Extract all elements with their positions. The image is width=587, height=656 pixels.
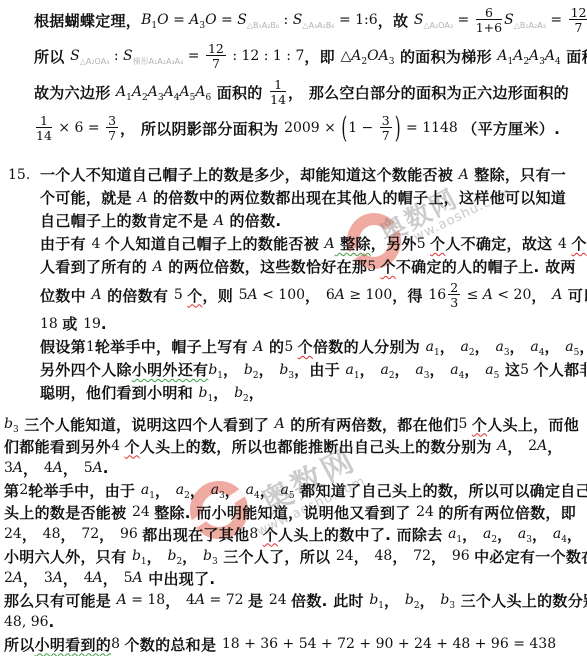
text-line: 另外四个人除小明外还有b1， b2， b3，由于 a1， a2， a3， a4，… bbox=[40, 358, 587, 381]
text-run: ， bbox=[225, 480, 246, 501]
math-text: 4 bbox=[558, 236, 571, 252]
math-var: O bbox=[367, 48, 378, 64]
math-var: A bbox=[53, 570, 63, 586]
math-var: A bbox=[483, 287, 493, 303]
text-run: ， bbox=[497, 524, 518, 545]
text-line: 所以 S△A₂OA₃ : S梯形A₁A₂A₃A₄ = 127 : 12 : 1 … bbox=[34, 38, 587, 74]
text-run: 个人都非常 bbox=[534, 359, 587, 380]
math-text: : bbox=[279, 12, 293, 28]
text-run: 由于有 bbox=[40, 233, 91, 254]
text-line: 们都能看到另外4 个人头上的数，所以也都能推断出自己头上的数分别为 A， 2A， bbox=[4, 435, 587, 457]
math-var: S△A₃A₂B₆ bbox=[293, 12, 335, 28]
text-run: 可以为 bbox=[562, 285, 587, 306]
text-run: 倍数的人分别为 bbox=[313, 336, 426, 357]
math-text: 18 + 36 + 54 + 72 + 90 + 24 + 48 + 96 = … bbox=[222, 636, 556, 652]
math-text: = bbox=[217, 12, 238, 28]
text-run: 人不确定，故这 bbox=[445, 233, 558, 254]
math-paren: ( bbox=[341, 111, 347, 145]
math-var: A6 bbox=[195, 84, 211, 100]
math-fraction: 61+6 bbox=[476, 6, 502, 34]
text-run: 个 bbox=[571, 233, 586, 254]
math-var: A bbox=[248, 287, 258, 303]
text-run: 三个人头上的数分别为 bbox=[455, 590, 587, 611]
text-run: 不确定的人的帽子上. 故两 bbox=[396, 256, 576, 277]
text-run: 的倍数. bbox=[224, 210, 281, 231]
math-var: A bbox=[552, 287, 562, 303]
text-line: 位数中 A 的倍数有 5 个，则 5A < 100， 6A ≥ 100，得 16… bbox=[40, 278, 587, 312]
math-var: A bbox=[93, 460, 103, 476]
text-run: ， bbox=[392, 546, 413, 567]
math-fraction: 127 bbox=[206, 42, 226, 70]
math-var: A4 bbox=[545, 48, 561, 64]
text-run: ， bbox=[532, 524, 553, 545]
math-var: a3 bbox=[495, 339, 509, 355]
math-text: 2009 × bbox=[284, 120, 340, 136]
text-run: 个 bbox=[381, 256, 396, 277]
math-fraction: 114 bbox=[36, 114, 52, 142]
text-run: ， 所以阴影部分面积为 bbox=[120, 118, 284, 139]
text-run: ， bbox=[567, 524, 587, 545]
math-var: A1 bbox=[497, 48, 513, 64]
math-text: 72 bbox=[81, 526, 99, 542]
math-var: b3 bbox=[203, 548, 218, 564]
math-var: b3 bbox=[4, 416, 19, 432]
math-var: A bbox=[153, 259, 163, 275]
text-run: . bbox=[103, 459, 109, 477]
math-var: a2 bbox=[461, 339, 475, 355]
text-line: 3A， 4A， 5A. bbox=[4, 457, 587, 479]
text-run: 根据蝴蝶定理， bbox=[34, 10, 141, 31]
text-run: ，得 bbox=[392, 285, 428, 306]
text-run: ，故 bbox=[378, 10, 414, 31]
text-run: 三个人能知道，说明这四个人看到了 bbox=[19, 414, 275, 435]
math-text: 1 − bbox=[348, 120, 378, 136]
text-run: 都知道了自己头上的数，所以可以确定自己 bbox=[295, 480, 587, 501]
text-run: 人头上的数，所以也都能推断出自己头上的数分别为 bbox=[140, 436, 497, 457]
text-line: 所以小明看到的8 个数的总和是 18 + 36 + 54 + 72 + 90 +… bbox=[4, 633, 587, 655]
math-var: a2 bbox=[380, 362, 394, 378]
math-text: 16 bbox=[428, 287, 446, 303]
math-text: 24 bbox=[4, 526, 22, 542]
text-run: 都出现在了其他 bbox=[142, 524, 249, 545]
math-text: < 100 bbox=[258, 287, 305, 303]
math-var: a2 bbox=[176, 482, 190, 498]
text-run: ， bbox=[395, 359, 416, 380]
text-run: 的倍数中的两位数都出现在其他人的帽子上，这样他可以知道 bbox=[147, 187, 566, 208]
math-var: a5 bbox=[281, 482, 295, 498]
text-run: 个人知道自己帽子上的数能否被 bbox=[105, 233, 325, 254]
math-var: a5 bbox=[565, 339, 579, 355]
problem-15-body: 一个人不知道自己帽子上的数是多少，却能知道这个数能否被 A 整除，只有一个可能，… bbox=[40, 163, 587, 404]
math-text: 72 bbox=[413, 548, 431, 564]
math-text: 96 bbox=[120, 526, 142, 542]
text-line: b3 三个人能知道，说明这四个人看到了 A 的所有两倍数，都在他们5 个人头上，… bbox=[4, 413, 587, 435]
text-run: （平方厘米）. bbox=[462, 118, 560, 139]
math-text: 4 bbox=[186, 592, 195, 608]
text-run: 面积的 bbox=[211, 82, 268, 103]
math-text: 48 bbox=[375, 548, 393, 564]
text-run: ， bbox=[249, 382, 264, 403]
text-run: 位数中 bbox=[40, 285, 91, 306]
text-run: 人头上的数中了. 而除去 bbox=[278, 524, 448, 545]
text-line: 48, 96. bbox=[4, 611, 587, 633]
text-run: ， bbox=[544, 336, 565, 357]
text-line: 2A， 3A， 4A， 5A 中出现了. bbox=[4, 567, 587, 589]
math-fraction: 37 bbox=[380, 114, 392, 142]
math-text: 4 bbox=[84, 570, 93, 586]
math-var: a1 bbox=[426, 339, 440, 355]
text-run: 所以 bbox=[4, 634, 35, 655]
math-var: S△A₂OA₃ bbox=[70, 48, 109, 64]
math-var: A bbox=[325, 236, 335, 252]
math-text: 24 bbox=[416, 504, 438, 520]
math-text: 3 bbox=[44, 570, 53, 586]
math-text: 24 bbox=[269, 592, 291, 608]
math-var: a5 bbox=[485, 362, 499, 378]
text-run: 面积的 bbox=[561, 46, 587, 67]
math-text: 5 bbox=[417, 236, 430, 252]
math-var: A bbox=[214, 213, 224, 229]
text-run: 的两位倍数，这些数恰好在那 bbox=[163, 256, 367, 277]
text-run: 自己帽子上的数肯定不是 bbox=[40, 210, 214, 231]
text-run: ， bbox=[190, 480, 211, 501]
math-text: = 1:6 bbox=[335, 12, 378, 28]
math-text: = bbox=[546, 12, 567, 28]
text-run: ， bbox=[507, 436, 528, 457]
math-var: b1 bbox=[132, 548, 147, 564]
text-run: 人看到了所有的 bbox=[40, 256, 153, 277]
text-run: ， bbox=[182, 546, 203, 567]
text-run: 的所有两位倍数，即 bbox=[438, 502, 576, 523]
math-var: b2 bbox=[234, 385, 249, 401]
text-run: 个 bbox=[124, 436, 139, 457]
math-var: a1 bbox=[448, 526, 462, 542]
text-run: ， bbox=[354, 546, 375, 567]
solution-14-continuation: 根据蝴蝶定理，B1O = A3O = S△B₁A₂B₆ : S△A₃A₂B₆ =… bbox=[34, 2, 587, 146]
math-var: A3 bbox=[379, 48, 395, 64]
math-var: b3 bbox=[279, 362, 294, 378]
math-text: 2 bbox=[4, 570, 13, 586]
text-run: 故为六边形 bbox=[34, 82, 116, 103]
math-text: 5 bbox=[284, 339, 297, 355]
text-line: 一个人不知道自己帽子上的数是多少，却能知道这个数能否被 A 整除，只有一 bbox=[40, 163, 587, 186]
text-run: ， bbox=[431, 546, 452, 567]
text-run: ， bbox=[147, 546, 168, 567]
math-text: 5 bbox=[459, 416, 472, 432]
problem-15: 15. 一个人不知道自己帽子上的数是多少，却能知道这个数能否被 A 整除，只有一… bbox=[40, 163, 587, 404]
math-text: 8 bbox=[249, 526, 262, 542]
text-run: 第 bbox=[4, 480, 19, 501]
math-var: A bbox=[275, 416, 285, 432]
text-run: 的所有两倍数，都在他们 bbox=[285, 414, 459, 435]
math-var: a4 bbox=[553, 526, 567, 542]
math-text: 3 bbox=[4, 460, 13, 476]
document-page: 奥数网 www.aoshu.com 奥数网 www.aoshu.com 根据蝴蝶… bbox=[0, 0, 587, 656]
text-run: ， bbox=[547, 436, 562, 457]
math-text: 6 bbox=[326, 287, 335, 303]
math-text: = 1148 bbox=[402, 120, 463, 136]
math-text: 1 bbox=[86, 339, 95, 355]
math-fraction: 37 bbox=[106, 114, 118, 142]
math-var: a4 bbox=[530, 339, 544, 355]
item-number: 15. bbox=[8, 167, 30, 183]
text-run: ， bbox=[305, 285, 326, 306]
text-run: 个 bbox=[187, 285, 202, 306]
math-fraction: 127 bbox=[569, 6, 587, 34]
math-text: = 18 bbox=[127, 592, 165, 608]
text-run: . bbox=[49, 613, 55, 631]
math-var: A bbox=[459, 167, 469, 183]
math-var: A2 bbox=[513, 48, 529, 64]
text-run: 这 bbox=[499, 359, 520, 380]
math-var: S梯形A₁A₂A₃A₄ bbox=[123, 48, 183, 64]
text-run: 们都能看到另外 bbox=[4, 436, 111, 457]
text-run: 人头上，而他 bbox=[487, 414, 579, 435]
text-run: 聪明，他们看到小明和 bbox=[40, 382, 199, 403]
text-line: 由于有 4 个人知道自己帽子上的数能否被 A 整除，另外5 个人不确定，故这 4… bbox=[40, 232, 587, 255]
text-line: 个可能，就是 A 的倍数中的两位数都出现在其他人的帽子上，这样他可以知道 bbox=[40, 186, 587, 209]
math-text: 4 bbox=[44, 460, 53, 476]
math-var: S△B₁A₂B₆ bbox=[237, 12, 279, 28]
text-run: 个可能，就是 bbox=[40, 187, 137, 208]
text-line: 第2轮举手中，由于 a1， a2， a3， a4， a5 都知道了自己头上的数，… bbox=[4, 479, 587, 501]
math-text: × 6 = bbox=[54, 120, 104, 136]
math-var: A bbox=[13, 460, 23, 476]
math-var: S△B₁A₂A₃ bbox=[504, 12, 546, 28]
text-line: 小明六人外，只有 b1， b2， b3 三个人了，所以 24， 48， 72， … bbox=[4, 545, 587, 567]
text-line: 故为六边形 A1A2A3A4A5A6 面积的 114， 那么空白部分的面积为正六… bbox=[34, 74, 587, 110]
text-run: ，由于 bbox=[294, 359, 345, 380]
math-var: a3 bbox=[211, 482, 225, 498]
text-run: 那么只有可能是 bbox=[4, 590, 117, 611]
math-text: 24 bbox=[336, 548, 354, 564]
text-line: 114 × 6 = 37， 所以阴影部分面积为 2009 × (1 − 37) … bbox=[34, 110, 587, 146]
text-run: 中出现了. bbox=[143, 568, 216, 589]
text-line: 头上的数是否能被 24 整除. 而小明能知道，说明他又看到了 24 的所有两位倍… bbox=[4, 501, 587, 523]
math-text: 48 bbox=[43, 526, 61, 542]
text-run: ， bbox=[440, 336, 461, 357]
math-text: 24 bbox=[132, 504, 154, 520]
text-run: ， bbox=[510, 336, 531, 357]
math-text: 2 bbox=[19, 482, 28, 498]
math-paren: ) bbox=[395, 111, 401, 145]
text-run: 假设第 bbox=[40, 336, 86, 357]
math-var: a3 bbox=[518, 526, 532, 542]
math-text: 5 bbox=[367, 259, 380, 275]
text-run: ， bbox=[165, 590, 186, 611]
text-run: 另外四个人除 bbox=[40, 359, 132, 380]
text-line: 假设第1轮举手中，帽子上写有 A 的5 个倍数的人分别为 a1， a2， a3，… bbox=[40, 335, 587, 358]
math-var: A bbox=[117, 592, 127, 608]
math-text: : 12 : 1 : 7 bbox=[228, 48, 304, 64]
math-text: 5 bbox=[84, 460, 93, 476]
math-fraction: 114 bbox=[270, 78, 286, 106]
text-run: 个 bbox=[263, 524, 278, 545]
math-text: 5 bbox=[520, 362, 533, 378]
math-var: A bbox=[53, 460, 63, 476]
text-line: 人看到了所有的 A 的两位倍数，这些数恰好在那5 个不确定的人的帽子上. 故两 bbox=[40, 255, 587, 278]
text-run: ， bbox=[464, 359, 485, 380]
math-text: 18 bbox=[40, 316, 62, 332]
solution-15-continuation: b3 三个人能知道，说明这四个人看到了 A 的所有两倍数，都在他们5 个人头上，… bbox=[4, 413, 587, 655]
text-line: 聪明，他们看到小明和 b1， b2， bbox=[40, 381, 587, 404]
math-text: ≤ bbox=[462, 287, 483, 303]
math-text: 5 bbox=[124, 570, 133, 586]
text-run: ， bbox=[420, 590, 441, 611]
text-run: ，即 bbox=[304, 46, 340, 67]
math-var: A2 bbox=[351, 48, 367, 64]
text-run: 小明六人外，只有 bbox=[4, 546, 132, 567]
math-text: = bbox=[169, 12, 190, 28]
math-text: ≥ 100 bbox=[345, 287, 392, 303]
text-run: 是 bbox=[248, 590, 269, 611]
math-var: b2 bbox=[405, 592, 420, 608]
text-run: ， bbox=[384, 590, 405, 611]
math-text: △ bbox=[340, 48, 351, 64]
text-run: 个数的总和是 bbox=[124, 634, 221, 655]
math-var: A bbox=[537, 438, 547, 454]
math-var: A bbox=[91, 287, 101, 303]
math-var: A bbox=[13, 570, 23, 586]
text-line: 自己帽子上的数肯定不是 A 的倍数. bbox=[40, 209, 587, 232]
math-var: a2 bbox=[483, 526, 497, 542]
math-var: A3 bbox=[529, 48, 545, 64]
math-var: b1 bbox=[199, 385, 214, 401]
math-text: 4 bbox=[91, 236, 104, 252]
text-run: 一个人不知道自己帽子上的数是多少，却能知道这个数能否被 bbox=[40, 164, 459, 185]
text-run: 或 bbox=[62, 313, 83, 334]
text-run: 中必定有一个数在 bbox=[474, 546, 587, 567]
text-run: ， bbox=[360, 359, 381, 380]
text-run: ， bbox=[23, 458, 44, 479]
text-run: ，另外 bbox=[371, 233, 417, 254]
text-run: ， bbox=[531, 285, 552, 306]
math-var: A1 bbox=[116, 84, 132, 100]
text-run: ， bbox=[99, 524, 120, 545]
math-text: = 72 bbox=[205, 592, 248, 608]
text-run: ， bbox=[579, 336, 587, 357]
text-run: ， bbox=[22, 524, 43, 545]
math-var: a1 bbox=[346, 362, 360, 378]
math-var: A5 bbox=[179, 84, 195, 100]
text-line: 那么只有可能是 A = 18， 4A = 72 是 24 倍数. 此时 b1， … bbox=[4, 589, 587, 611]
math-var: a4 bbox=[450, 362, 464, 378]
math-fraction: 23 bbox=[448, 281, 460, 309]
math-text: 19 bbox=[83, 316, 101, 332]
text-run: 轮举手中，由于 bbox=[28, 480, 141, 501]
math-var: A bbox=[335, 287, 345, 303]
text-run: ， bbox=[60, 524, 81, 545]
text-line: 根据蝴蝶定理，B1O = A3O = S△B₁A₂B₆ : S△A₃A₂B₆ =… bbox=[34, 2, 587, 38]
math-text: < 20 bbox=[493, 287, 531, 303]
text-run: 的 bbox=[263, 336, 284, 357]
text-run: 三个人了，所以 bbox=[218, 546, 336, 567]
text-run: ， bbox=[260, 480, 281, 501]
text-run: ， 那么空白部分的面积为正六边形面积的 bbox=[288, 82, 569, 103]
math-text: = bbox=[453, 12, 474, 28]
math-var: S△A₂OA₃ bbox=[414, 12, 453, 28]
text-run: 倍数. 此时 bbox=[291, 590, 369, 611]
math-text: = bbox=[183, 48, 204, 64]
math-var: A bbox=[137, 190, 147, 206]
text-run: 轮举手中，帽子上写有 bbox=[95, 336, 254, 357]
text-run: ， bbox=[155, 480, 176, 501]
math-var: A bbox=[253, 339, 263, 355]
math-var: A bbox=[195, 592, 205, 608]
math-var: A3 bbox=[189, 12, 205, 28]
text-line: 24， 48， 72， 96 都出现在了其他8 个人头上的数中了. 而除去 a1… bbox=[4, 523, 587, 545]
text-run: ， bbox=[23, 568, 44, 589]
math-text: 5 bbox=[174, 287, 187, 303]
math-var: b1 bbox=[369, 592, 384, 608]
math-var: a3 bbox=[415, 362, 429, 378]
math-text: 5 bbox=[239, 287, 248, 303]
text-run: ， bbox=[429, 359, 450, 380]
math-var: O bbox=[205, 12, 216, 28]
math-var: b2 bbox=[244, 362, 259, 378]
math-var: A bbox=[133, 570, 143, 586]
math-text: 4 bbox=[111, 438, 124, 454]
text-run: 个 bbox=[430, 233, 445, 254]
math-var: A bbox=[497, 438, 507, 454]
text-run: 个 bbox=[472, 414, 487, 435]
math-text: : bbox=[109, 48, 123, 64]
math-var: b3 bbox=[440, 592, 455, 608]
math-var: O bbox=[157, 12, 168, 28]
text-run: ， bbox=[63, 458, 84, 479]
math-var: b2 bbox=[167, 548, 182, 564]
text-run: 小明看到的 bbox=[35, 634, 112, 655]
text-run: . bbox=[101, 315, 107, 333]
math-var: B1 bbox=[141, 12, 157, 28]
text-run: 整除，只有一 bbox=[469, 164, 566, 185]
math-var: A bbox=[93, 570, 103, 586]
text-run: ， bbox=[223, 359, 244, 380]
math-var: A2 bbox=[132, 84, 148, 100]
text-run: ， bbox=[259, 359, 280, 380]
text-run: 的面积为梯形 bbox=[394, 46, 497, 67]
math-var: b1 bbox=[208, 362, 223, 378]
text-run: 头上的数是否能被 bbox=[4, 502, 132, 523]
text-run: 小明外还有 bbox=[132, 359, 209, 380]
text-run: 整除. 而小明能知道，说明他又看到了 bbox=[154, 502, 416, 523]
text-run: ，则 bbox=[202, 285, 238, 306]
text-run: 的倍数有 bbox=[102, 285, 174, 306]
text-run: ， bbox=[213, 382, 234, 403]
text-run: ， bbox=[462, 524, 483, 545]
text-run: 整除 bbox=[335, 233, 371, 254]
math-text: 8 bbox=[111, 636, 124, 652]
text-line: 18 或 19. bbox=[40, 312, 587, 335]
math-var: A4 bbox=[164, 84, 180, 100]
math-var: A3 bbox=[148, 84, 164, 100]
text-run: ， bbox=[63, 568, 84, 589]
text-run: ， bbox=[475, 336, 496, 357]
math-text: 96 bbox=[452, 548, 474, 564]
text-run: 个 bbox=[298, 336, 313, 357]
document-content: 根据蝴蝶定理，B1O = A3O = S△B₁A₂B₆ : S△A₃A₂B₆ =… bbox=[0, 0, 587, 655]
math-text: 48, 96 bbox=[4, 614, 49, 630]
text-run: 所以 bbox=[34, 46, 70, 67]
math-text: 2 bbox=[528, 438, 537, 454]
text-run: ， bbox=[103, 568, 124, 589]
math-var: a4 bbox=[246, 482, 260, 498]
math-var: a1 bbox=[141, 482, 155, 498]
